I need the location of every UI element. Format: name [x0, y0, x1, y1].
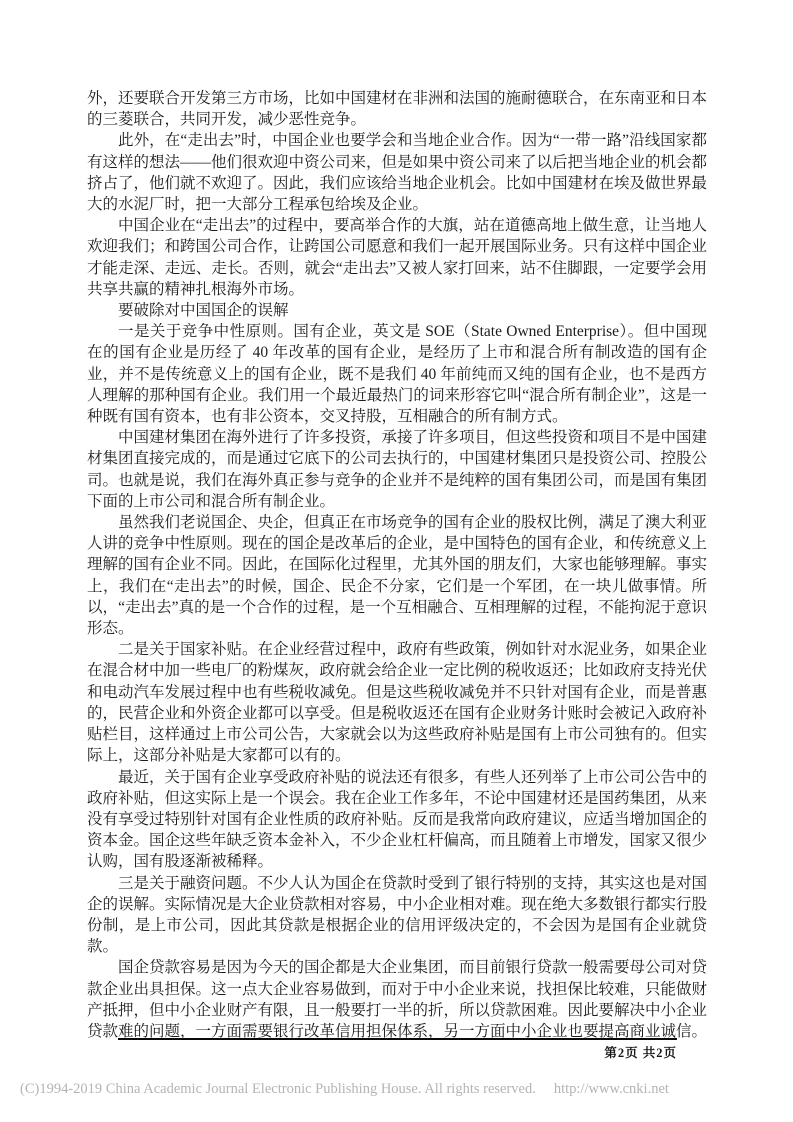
- cnki-url: http://www.cnki.net: [554, 1081, 669, 1097]
- paragraph: 虽然我们老说国企、央企，但真正在市场竞争的国有企业的股权比例，满足了澳大利亚人讲…: [87, 512, 707, 639]
- document-page: 外，还要联合开发第三方市场，比如中国建材在非洲和法国的施耐德联合，在东南亚和日本…: [0, 0, 793, 1122]
- paragraph: 最近，关于国有企业享受政府补贴的说法还有很多，有些人还列举了上市公司公告中的政府…: [87, 767, 707, 873]
- footer-divider: [118, 1038, 677, 1040]
- paragraph: 外，还要联合开发第三方市场，比如中国建材在非洲和法国的施耐德联合，在东南亚和日本…: [87, 88, 707, 130]
- paragraph: 一是关于竞争中性原则。国有企业，英文是 SOE（State Owned Ente…: [87, 321, 707, 427]
- paragraph: 中国企业在“走出去”的过程中，要高举合作的大旗，站在道德高地上做生意，让当地人欢…: [87, 215, 707, 300]
- paragraph: 二是关于国家补贴。在企业经营过程中，政府有些政策，例如针对水泥业务，如果企业在混…: [87, 639, 707, 766]
- document-body: 外，还要联合开发第三方市场，比如中国建材在非洲和法国的施耐德联合，在东南亚和日本…: [87, 88, 707, 1042]
- paragraph: 中国建材集团在海外进行了许多投资，承接了许多项目，但这些投资和项目不是中国建材集…: [87, 427, 707, 512]
- paragraph: 三是关于融资问题。不少人认为国企在贷款时受到了银行特别的支持，其实这也是对国企的…: [87, 873, 707, 958]
- paragraph: 要破除对中国国企的误解: [87, 300, 707, 321]
- copyright-text: (C)1994-2019 China Academic Journal Elec…: [20, 1081, 536, 1097]
- copyright-row: (C)1994-2019 China Academic Journal Elec…: [20, 1081, 780, 1098]
- paragraph: 此外，在“走出去”时，中国企业也要学会和当地企业合作。因为“一带一路”沿线国家都…: [87, 130, 707, 215]
- paragraph: 国企贷款容易是因为今天的国企都是大企业集团，而目前银行贷款一般需要母公司对贷款企…: [87, 957, 707, 1042]
- page-number: 第2页 共2页: [604, 1043, 677, 1061]
